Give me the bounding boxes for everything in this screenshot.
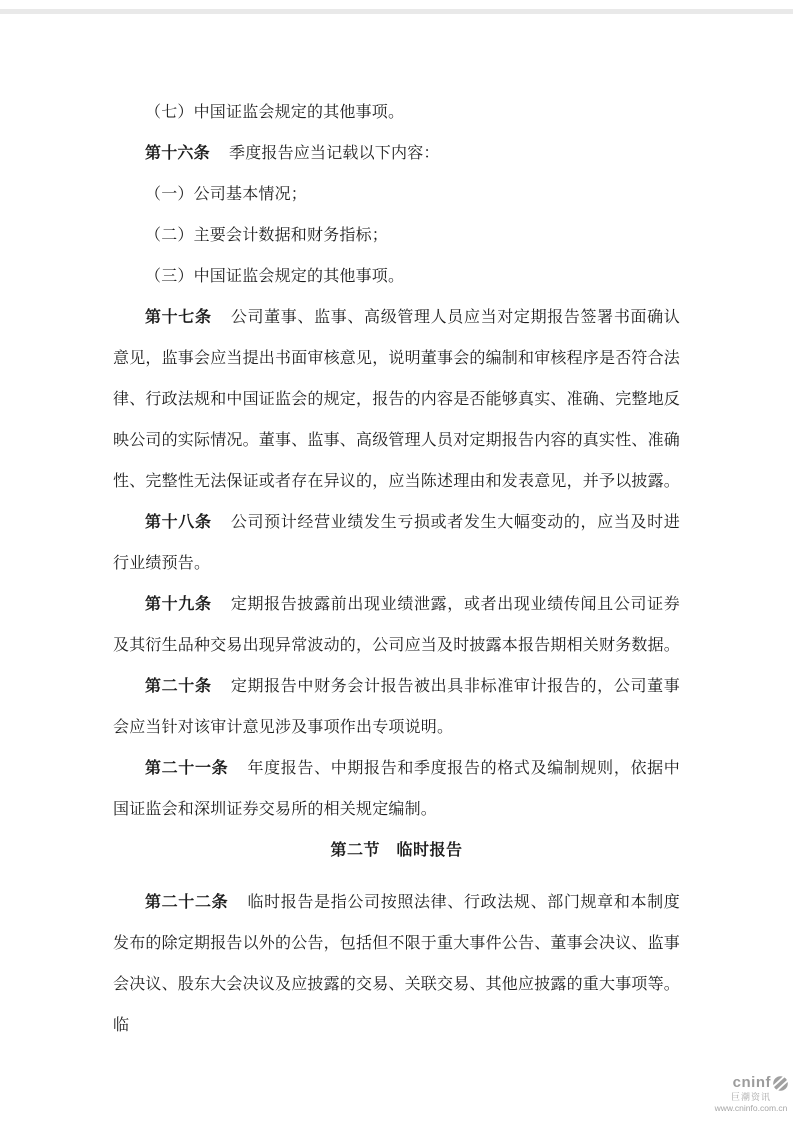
- article-number: 第二十一条: [145, 760, 228, 777]
- paragraph-text: 公司董事、监事、高级管理人员应当对定期报告签署书面确认意见，监事会应当提出书面审…: [113, 309, 680, 490]
- document-paragraph: 第十七条公司董事、监事、高级管理人员应当对定期报告签署书面确认意见，监事会应当提…: [113, 297, 680, 502]
- document-paragraph: 第二十条定期报告中财务会计报告被出具非标准审计报告的，公司董事会应当针对该审计意…: [113, 666, 680, 748]
- article-number: 第二十条: [145, 678, 212, 695]
- document-paragraph: 第十八条公司预计经营业绩发生亏损或者发生大幅变动的，应当及时进行业绩预告。: [113, 502, 680, 584]
- article-number: 第十六条: [145, 145, 210, 162]
- paragraph-text: 第二节 临时报告: [330, 842, 462, 859]
- document-paragraph: 第二十一条年度报告、中期报告和季度报告的格式及编制规则，依据中国证监会和深圳证券…: [113, 748, 680, 830]
- cninfo-brand-row: cninf: [713, 1075, 789, 1092]
- paragraph-text: （一）公司基本情况；: [145, 186, 307, 203]
- document-paragraph: （二）主要会计数据和财务指标；: [113, 215, 680, 256]
- document-body: （七）中国证监会规定的其他事项。第十六条季度报告应当记载以下内容：（一）公司基本…: [113, 92, 680, 1046]
- document-paragraph: 第十六条季度报告应当记载以下内容：: [113, 133, 680, 174]
- cninfo-watermark: cninf 巨潮资讯 www.cninfo.com.cn: [713, 1075, 789, 1113]
- scan-artifact-band: [0, 9, 793, 14]
- cninfo-url: www.cninfo.com.cn: [713, 1104, 789, 1113]
- document-paragraph: （一）公司基本情况；: [113, 174, 680, 215]
- paragraph-text: （三）中国证监会规定的其他事项。: [145, 268, 404, 285]
- paragraph-text: （七）中国证监会规定的其他事项。: [145, 104, 404, 121]
- paragraph-text: 季度报告应当记载以下内容：: [229, 145, 440, 162]
- document-paragraph: 第二十二条临时报告是指公司按照法律、行政法规、部门规章和本制度发布的除定期报告以…: [113, 882, 680, 1046]
- document-paragraph: （七）中国证监会规定的其他事项。: [113, 92, 680, 133]
- article-number: 第二十二条: [145, 894, 228, 911]
- document-paragraph: 第十九条定期报告披露前出现业绩泄露，或者出现业绩传闻且公司证券及其衍生品种交易出…: [113, 584, 680, 666]
- article-number: 第十八条: [145, 514, 212, 531]
- article-number: 第十九条: [145, 596, 212, 613]
- cninfo-brand-text: cninf: [733, 1075, 771, 1092]
- cninfo-brand-chinese: 巨潮资讯: [713, 1093, 789, 1103]
- paragraph-text: 临时报告是指公司按照法律、行政法规、部门规章和本制度发布的除定期报告以外的公告，…: [113, 894, 680, 1034]
- cninfo-swirl-icon: [772, 1075, 789, 1092]
- document-page: （七）中国证监会规定的其他事项。第十六条季度报告应当记载以下内容：（一）公司基本…: [0, 0, 793, 1122]
- section-heading: 第二节 临时报告: [113, 830, 680, 871]
- document-paragraph: （三）中国证监会规定的其他事项。: [113, 256, 680, 297]
- article-number: 第十七条: [145, 309, 212, 326]
- paragraph-text: （二）主要会计数据和财务指标；: [145, 227, 388, 244]
